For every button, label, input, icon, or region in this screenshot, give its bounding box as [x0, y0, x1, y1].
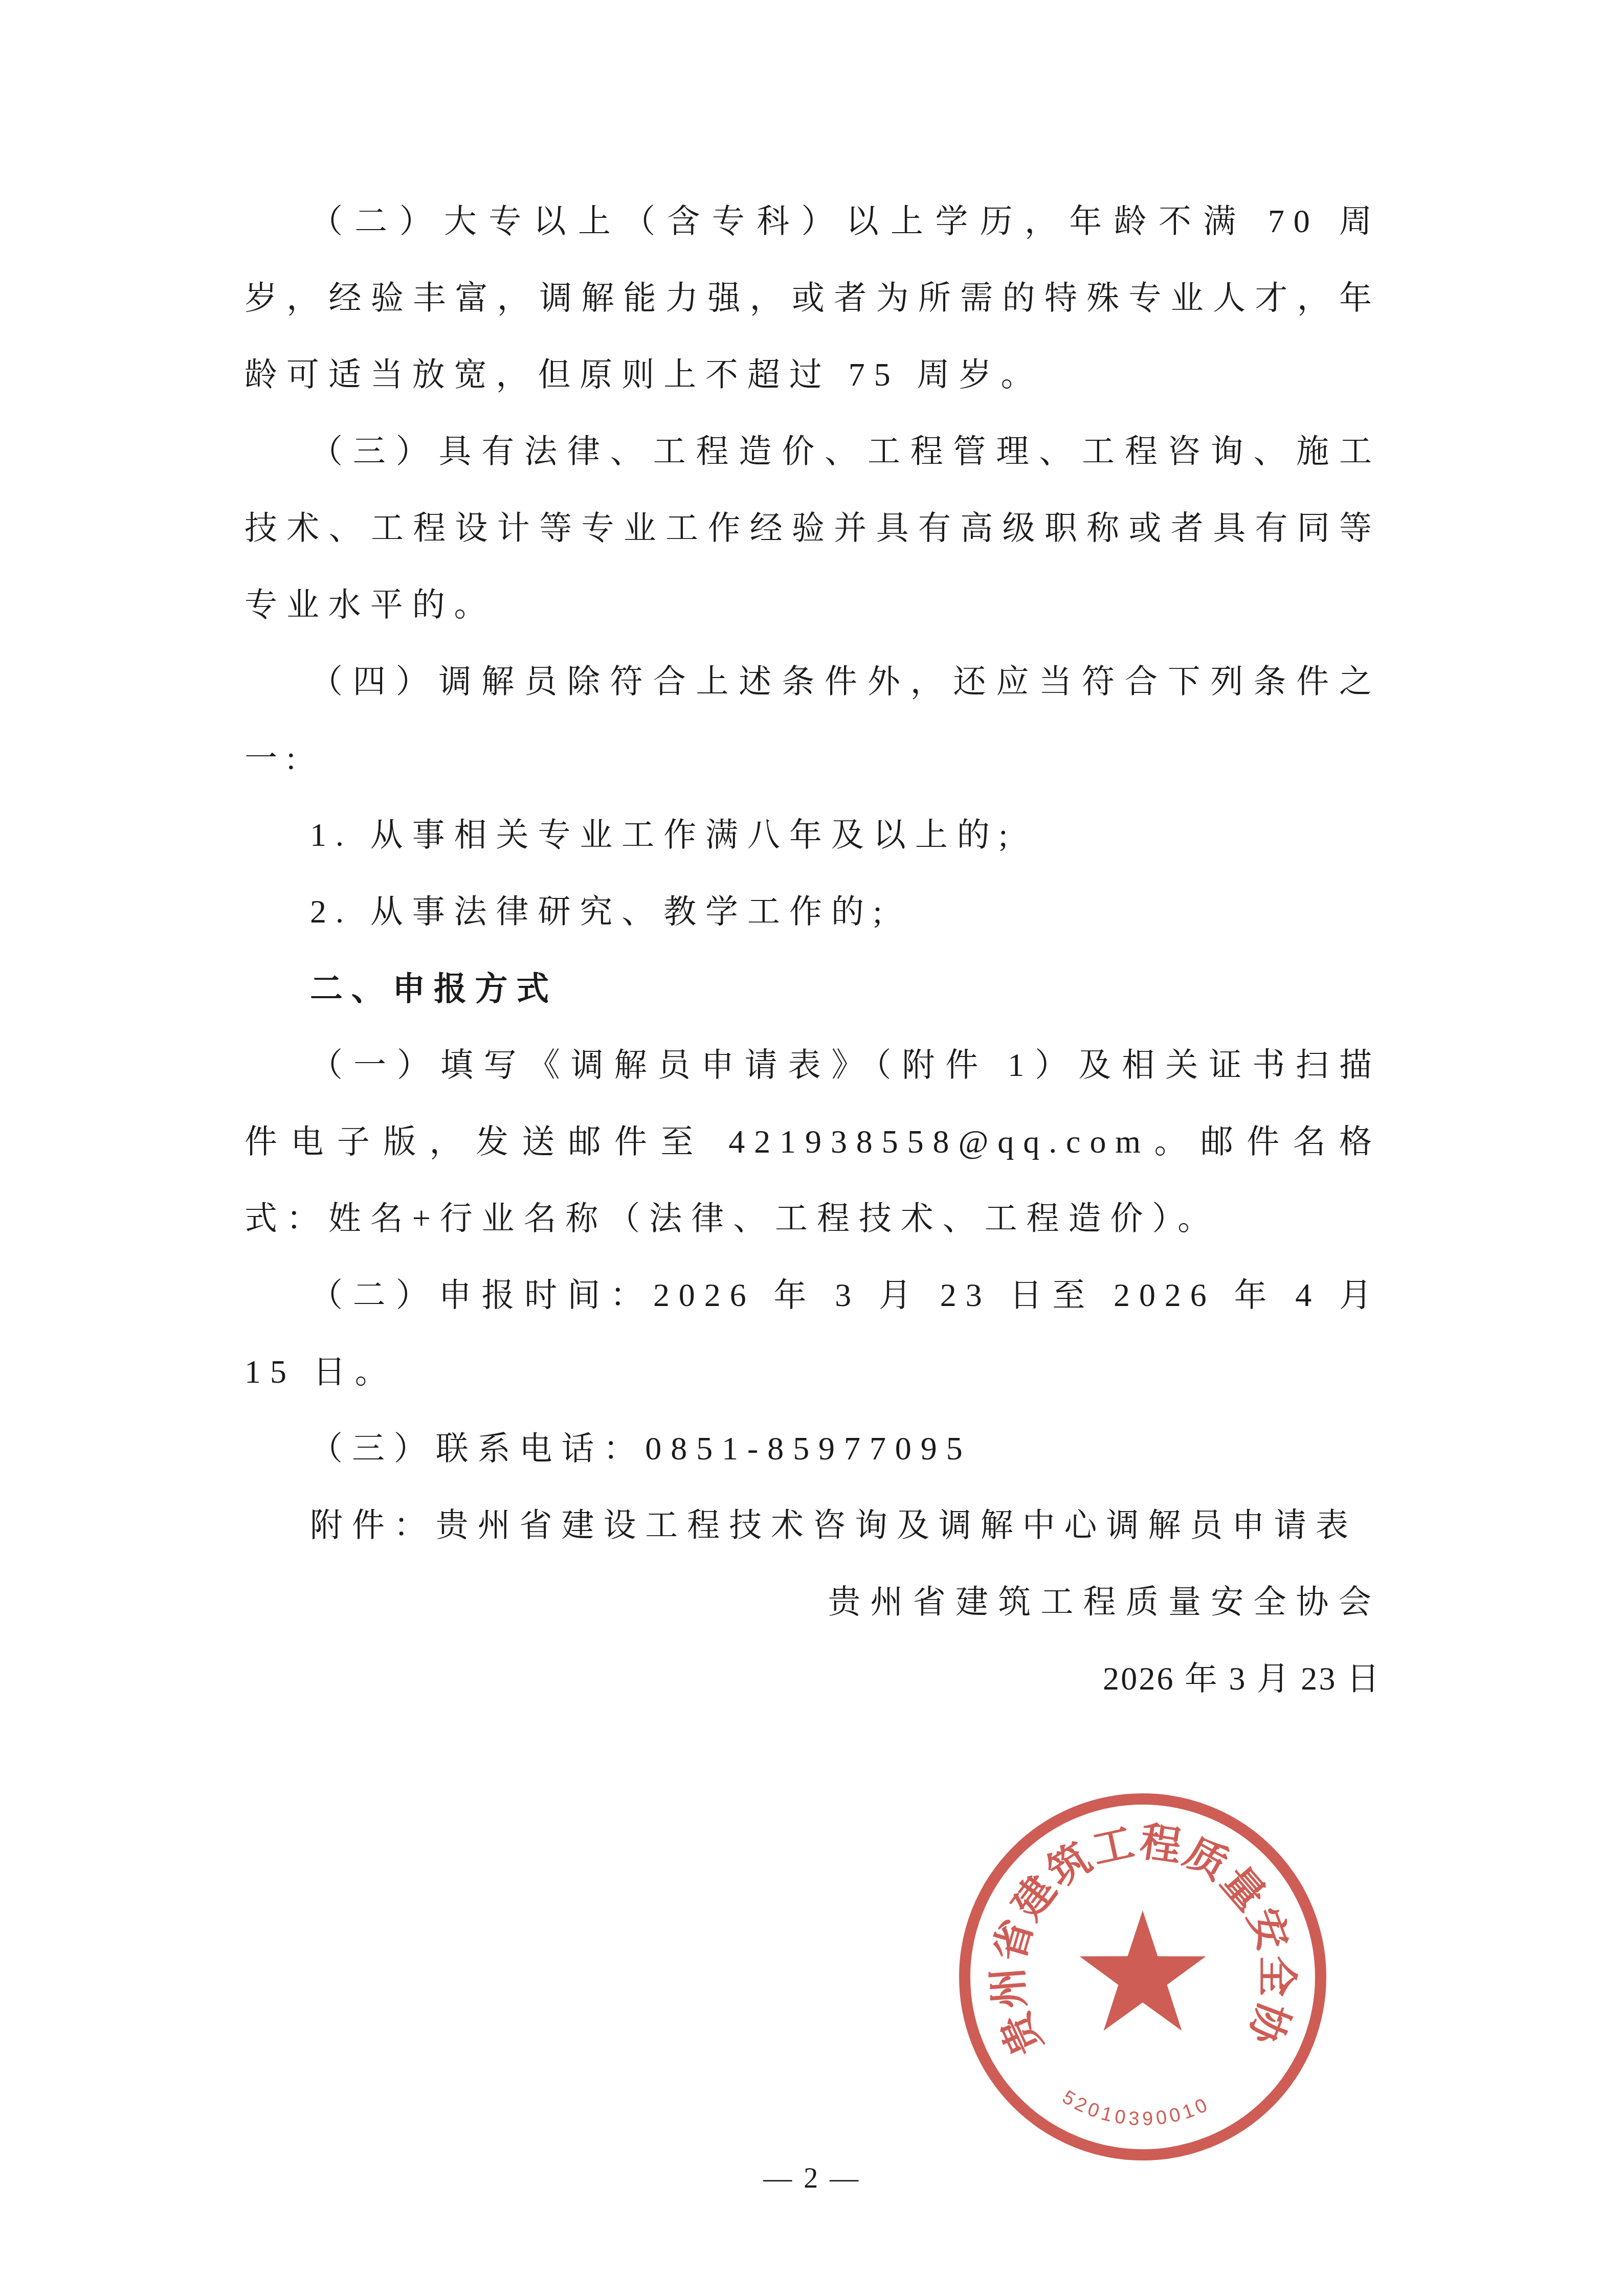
paragraph-clause-education-age: （二）大专以上（含专科）以上学历，年龄不满 70 周岁，经验丰富，调解能力强，或…	[244, 183, 1381, 413]
signature-date: 2026 年 3 月 23 日	[244, 1640, 1381, 1717]
section-heading-application-method: 二、申报方式	[244, 950, 1381, 1027]
list-item-legal-research: 2. 从事法律研究、教学工作的;	[244, 873, 1381, 950]
paragraph-clause-additional-conditions: （四）调解员除符合上述条件外，还应当符合下列条件之一:	[244, 643, 1381, 797]
attachment-note: 附件：贵州省建设工程技术咨询及调解中心调解员申请表	[244, 1487, 1381, 1564]
paragraph-clause-professional-experience: （三）具有法律、工程造价、工程管理、工程咨询、施工技术、工程设计等专业工作经验并…	[244, 413, 1381, 643]
paragraph-apply-period: （二）申报时间：2026 年 3 月 23 日至 2026 年 4 月 15 日…	[244, 1257, 1381, 1410]
signature-organization: 贵州省建筑工程质量安全协会	[244, 1564, 1381, 1640]
paragraph-contact-phone: （三）联系电话：0851-85977095	[244, 1410, 1381, 1487]
paragraph-apply-form-email: （一）填写《调解员申请表》（附件 1）及相关证书扫描件电子版，发送邮件至 421…	[244, 1027, 1381, 1257]
list-item-eight-years: 1. 从事相关专业工作满八年及以上的;	[244, 797, 1381, 873]
document-body: （二）大专以上（含专科）以上学历，年龄不满 70 周岁，经验丰富，调解能力强，或…	[0, 0, 1624, 2296]
document-page: （二）大专以上（含专科）以上学历，年龄不满 70 周岁，经验丰富，调解能力强，或…	[0, 0, 1624, 2296]
page-number: — 2 —	[0, 2143, 1624, 2214]
